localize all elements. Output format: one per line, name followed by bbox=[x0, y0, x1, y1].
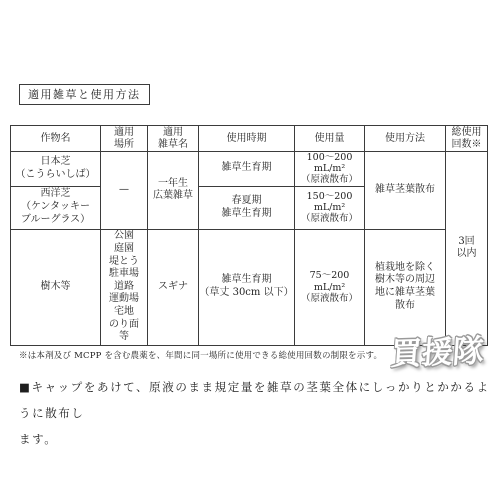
weed-usage-table: 作物名 適用 場所 適用 雑草名 使用時期 使用量 使用方法 総使用 回数※ 日… bbox=[10, 125, 488, 346]
cell-row3-weed: スギナ bbox=[148, 229, 199, 345]
column-header-period: 使用時期 bbox=[199, 126, 295, 152]
column-header-method: 使用方法 bbox=[365, 126, 446, 152]
cell-weed-shared: 一年生 広葉雑草 bbox=[148, 152, 199, 230]
column-header-weed: 適用 雑草名 bbox=[148, 126, 199, 152]
cell-row1-amount: 100〜200 mL/m² （原液散布） bbox=[295, 152, 365, 187]
table-footnote: ※は本剤及び MCPP を含む農薬を、年間に同一場所に使用できる総使用回数の制限… bbox=[19, 351, 439, 361]
cell-row1-crop: 日本芝 （こうらいしば） bbox=[11, 152, 101, 187]
cell-row1-period: 雑草生育期 bbox=[199, 152, 295, 187]
cell-total-count: 3回 以内 bbox=[446, 152, 488, 346]
column-header-total-count: 総使用 回数※ bbox=[446, 126, 488, 152]
cell-row2-period: 春夏期 雑草生育期 bbox=[199, 186, 295, 229]
cell-row3-crop: 樹木等 bbox=[11, 229, 101, 345]
table-row-japanese-lawn: 日本芝 （こうらいしば） — 一年生 広葉雑草 雑草生育期 100〜200 mL… bbox=[11, 152, 488, 187]
cell-row2-crop: 西洋芝 （ケンタッキー ブルーグラス） bbox=[11, 186, 101, 229]
cell-row3-place: 公園 庭園 堤とう 駐車場 道路 運動場 宅地 のり面 等 bbox=[101, 229, 148, 345]
cell-row2-amount: 150〜200 mL/m² （原液散布） bbox=[295, 186, 365, 229]
cell-row3-amount: 75〜200 mL/m² （原液散布） bbox=[295, 229, 365, 345]
cell-method-shared: 雑草茎葉散布 bbox=[365, 152, 446, 230]
column-header-crop: 作物名 bbox=[11, 126, 101, 152]
page-title: 適用雑草と使用方法 bbox=[19, 84, 150, 105]
shop-watermark: 買援隊 bbox=[389, 325, 485, 373]
table-header-row: 作物名 適用 場所 適用 雑草名 使用時期 使用量 使用方法 総使用 回数※ bbox=[11, 126, 488, 152]
usage-instruction: ■キャップをあけて、原液のまま規定量を雑草の茎葉全体にしっかりとかかるように散布… bbox=[19, 374, 493, 452]
cell-row3-period: 雑草生育期 （草丈 30cm 以下） bbox=[199, 229, 295, 345]
column-header-place: 適用 場所 bbox=[101, 126, 148, 152]
column-header-amount: 使用量 bbox=[295, 126, 365, 152]
cell-place-shared: — bbox=[101, 152, 148, 230]
